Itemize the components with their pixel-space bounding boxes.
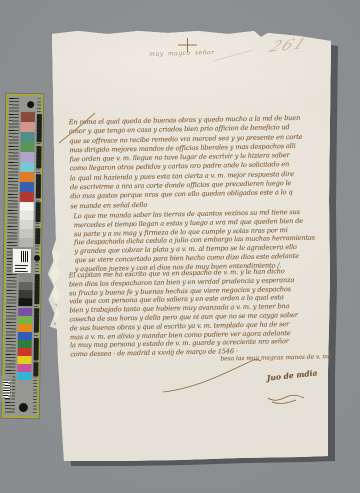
barcode-icon — [21, 251, 29, 262]
grayscale-patch-group — [19, 202, 34, 247]
color-patch — [18, 332, 32, 340]
color-patch — [21, 112, 35, 122]
color-patch — [21, 122, 35, 132]
color-patch — [20, 172, 34, 182]
color-patch — [18, 308, 32, 316]
handwriting-block: En roma el qual queda de buenas obras y … — [0, 0, 360, 493]
density-bar — [34, 308, 39, 332]
label-line — [15, 268, 26, 269]
density-bar — [35, 202, 40, 222]
color-patch — [18, 348, 32, 356]
color-patch — [19, 238, 33, 247]
registration-dot — [34, 255, 40, 261]
density-bar — [36, 146, 41, 168]
color-patch — [18, 290, 32, 298]
color-patch — [20, 142, 34, 152]
density-bar — [35, 228, 40, 244]
color-patch — [20, 202, 34, 211]
barcode-sticker — [1, 376, 13, 402]
signature: Juo de mdia — [266, 368, 317, 382]
paragraph-3: El capitan me ha escrito que va en despa… — [69, 267, 299, 359]
color-patch — [18, 298, 32, 306]
registration-dot — [27, 101, 34, 108]
color-patch — [19, 274, 33, 282]
paragraph-1: En roma el qual queda de buenas obras y … — [69, 114, 304, 211]
archival-photo: muy magco señor 261 En roma el qual qued… — [0, 0, 360, 493]
label-line — [15, 271, 28, 272]
color-patch — [18, 316, 32, 324]
density-bar — [34, 274, 39, 304]
color-patch — [17, 364, 31, 372]
color-patch — [20, 182, 34, 192]
color-patch — [17, 372, 31, 380]
density-bar — [34, 338, 39, 360]
calibration-strip — [2, 94, 44, 418]
color-patch — [20, 152, 34, 162]
color-patch-group-bottom — [17, 308, 32, 380]
color-patch — [18, 340, 32, 348]
barcode-label — [12, 248, 32, 274]
density-bar — [37, 114, 42, 142]
color-patch — [20, 211, 34, 220]
registration-dot — [18, 402, 27, 411]
density-bar — [36, 174, 41, 198]
closing-line: besa las muy magcas manos de v. md. — [220, 354, 333, 362]
color-patch — [21, 132, 35, 142]
color-patch — [19, 282, 33, 290]
dark-patch-group — [18, 274, 32, 306]
color-patch — [18, 324, 32, 332]
color-patch — [20, 162, 34, 172]
color-patch — [19, 229, 33, 238]
color-patch-group-top — [20, 112, 35, 202]
paragraph-2: Lo que me manda saber las tierras de qua… — [73, 208, 315, 274]
color-patch — [19, 220, 33, 229]
color-patch — [20, 192, 34, 202]
label-line — [15, 265, 28, 266]
density-bar — [33, 362, 38, 376]
color-patch — [17, 356, 31, 364]
